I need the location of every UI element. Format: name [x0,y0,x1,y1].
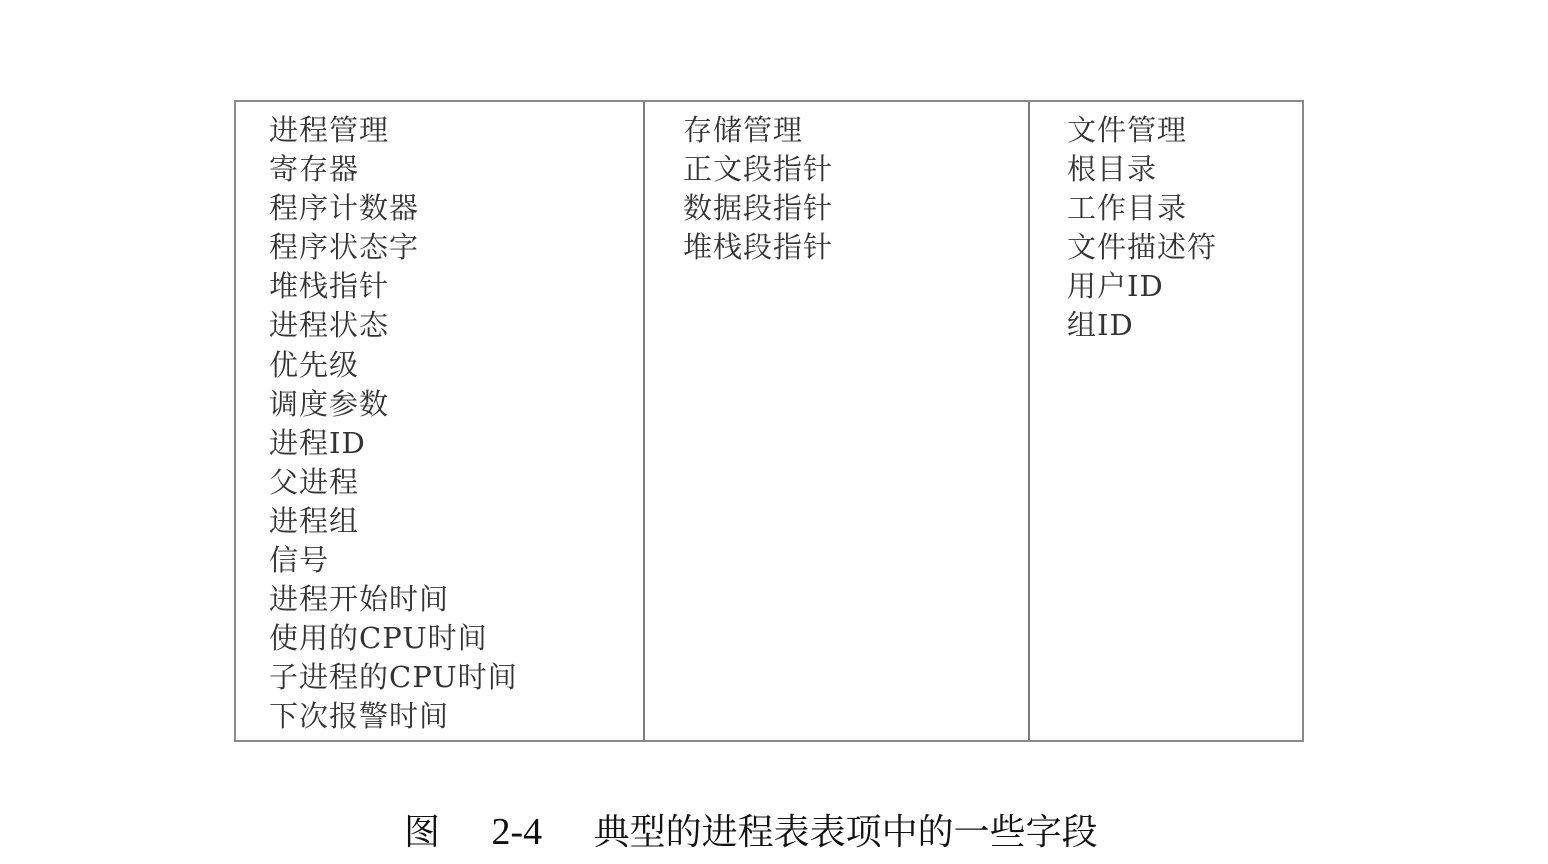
field-item: 进程状态 [269,306,643,345]
field-item: 用户ID [1067,267,1302,306]
field-list: 文件管理 根目录 工作目录 文件描述符 用户ID 组ID [1067,102,1302,346]
column-header: 存储管理 [683,111,1028,150]
field-item: 优先级 [269,346,643,385]
field-item: 调度参数 [269,385,643,424]
field-item: 工作目录 [1067,189,1302,228]
column-file-management: 文件管理 根目录 工作目录 文件描述符 用户ID 组ID [1028,102,1302,740]
field-item: 寄存器 [269,150,643,189]
process-table: 进程管理 寄存器 程序计数器 程序状态字 堆栈指针 进程状态 优先级 调度参数 … [234,100,1304,742]
column-header: 文件管理 [1067,111,1302,150]
column-memory-management: 存储管理 正文段指针 数据段指针 堆栈段指针 [643,102,1028,740]
field-item: 使用的CPU时间 [269,619,643,658]
field-item: 进程ID [269,424,643,463]
figure-label: 图 [404,812,440,853]
figure-caption: 图 2-4 典型的进程表表项中的一些字段 [404,804,1098,855]
field-item: 堆栈段指针 [683,228,1028,267]
figure-number: 2-4 [491,811,542,853]
field-item: 父进程 [269,463,643,502]
field-item: 数据段指针 [683,189,1028,228]
field-item: 下次报警时间 [269,697,643,736]
field-item: 组ID [1067,306,1302,345]
field-list: 进程管理 寄存器 程序计数器 程序状态字 堆栈指针 进程状态 优先级 调度参数 … [269,102,643,737]
field-item: 根目录 [1067,150,1302,189]
field-item: 进程组 [269,502,643,541]
column-header: 进程管理 [269,111,643,150]
field-item: 堆栈指针 [269,267,643,306]
field-item: 信号 [269,541,643,580]
field-item: 进程开始时间 [269,580,643,619]
column-process-management: 进程管理 寄存器 程序计数器 程序状态字 堆栈指针 进程状态 优先级 调度参数 … [236,102,643,740]
field-item: 子进程的CPU时间 [269,658,643,697]
field-item: 正文段指针 [683,150,1028,189]
figure-title: 典型的进程表表项中的一些字段 [594,812,1098,853]
field-list: 存储管理 正文段指针 数据段指针 堆栈段指针 [683,102,1028,267]
field-item: 程序计数器 [269,189,643,228]
field-item: 文件描述符 [1067,228,1302,267]
field-item: 程序状态字 [269,228,643,267]
